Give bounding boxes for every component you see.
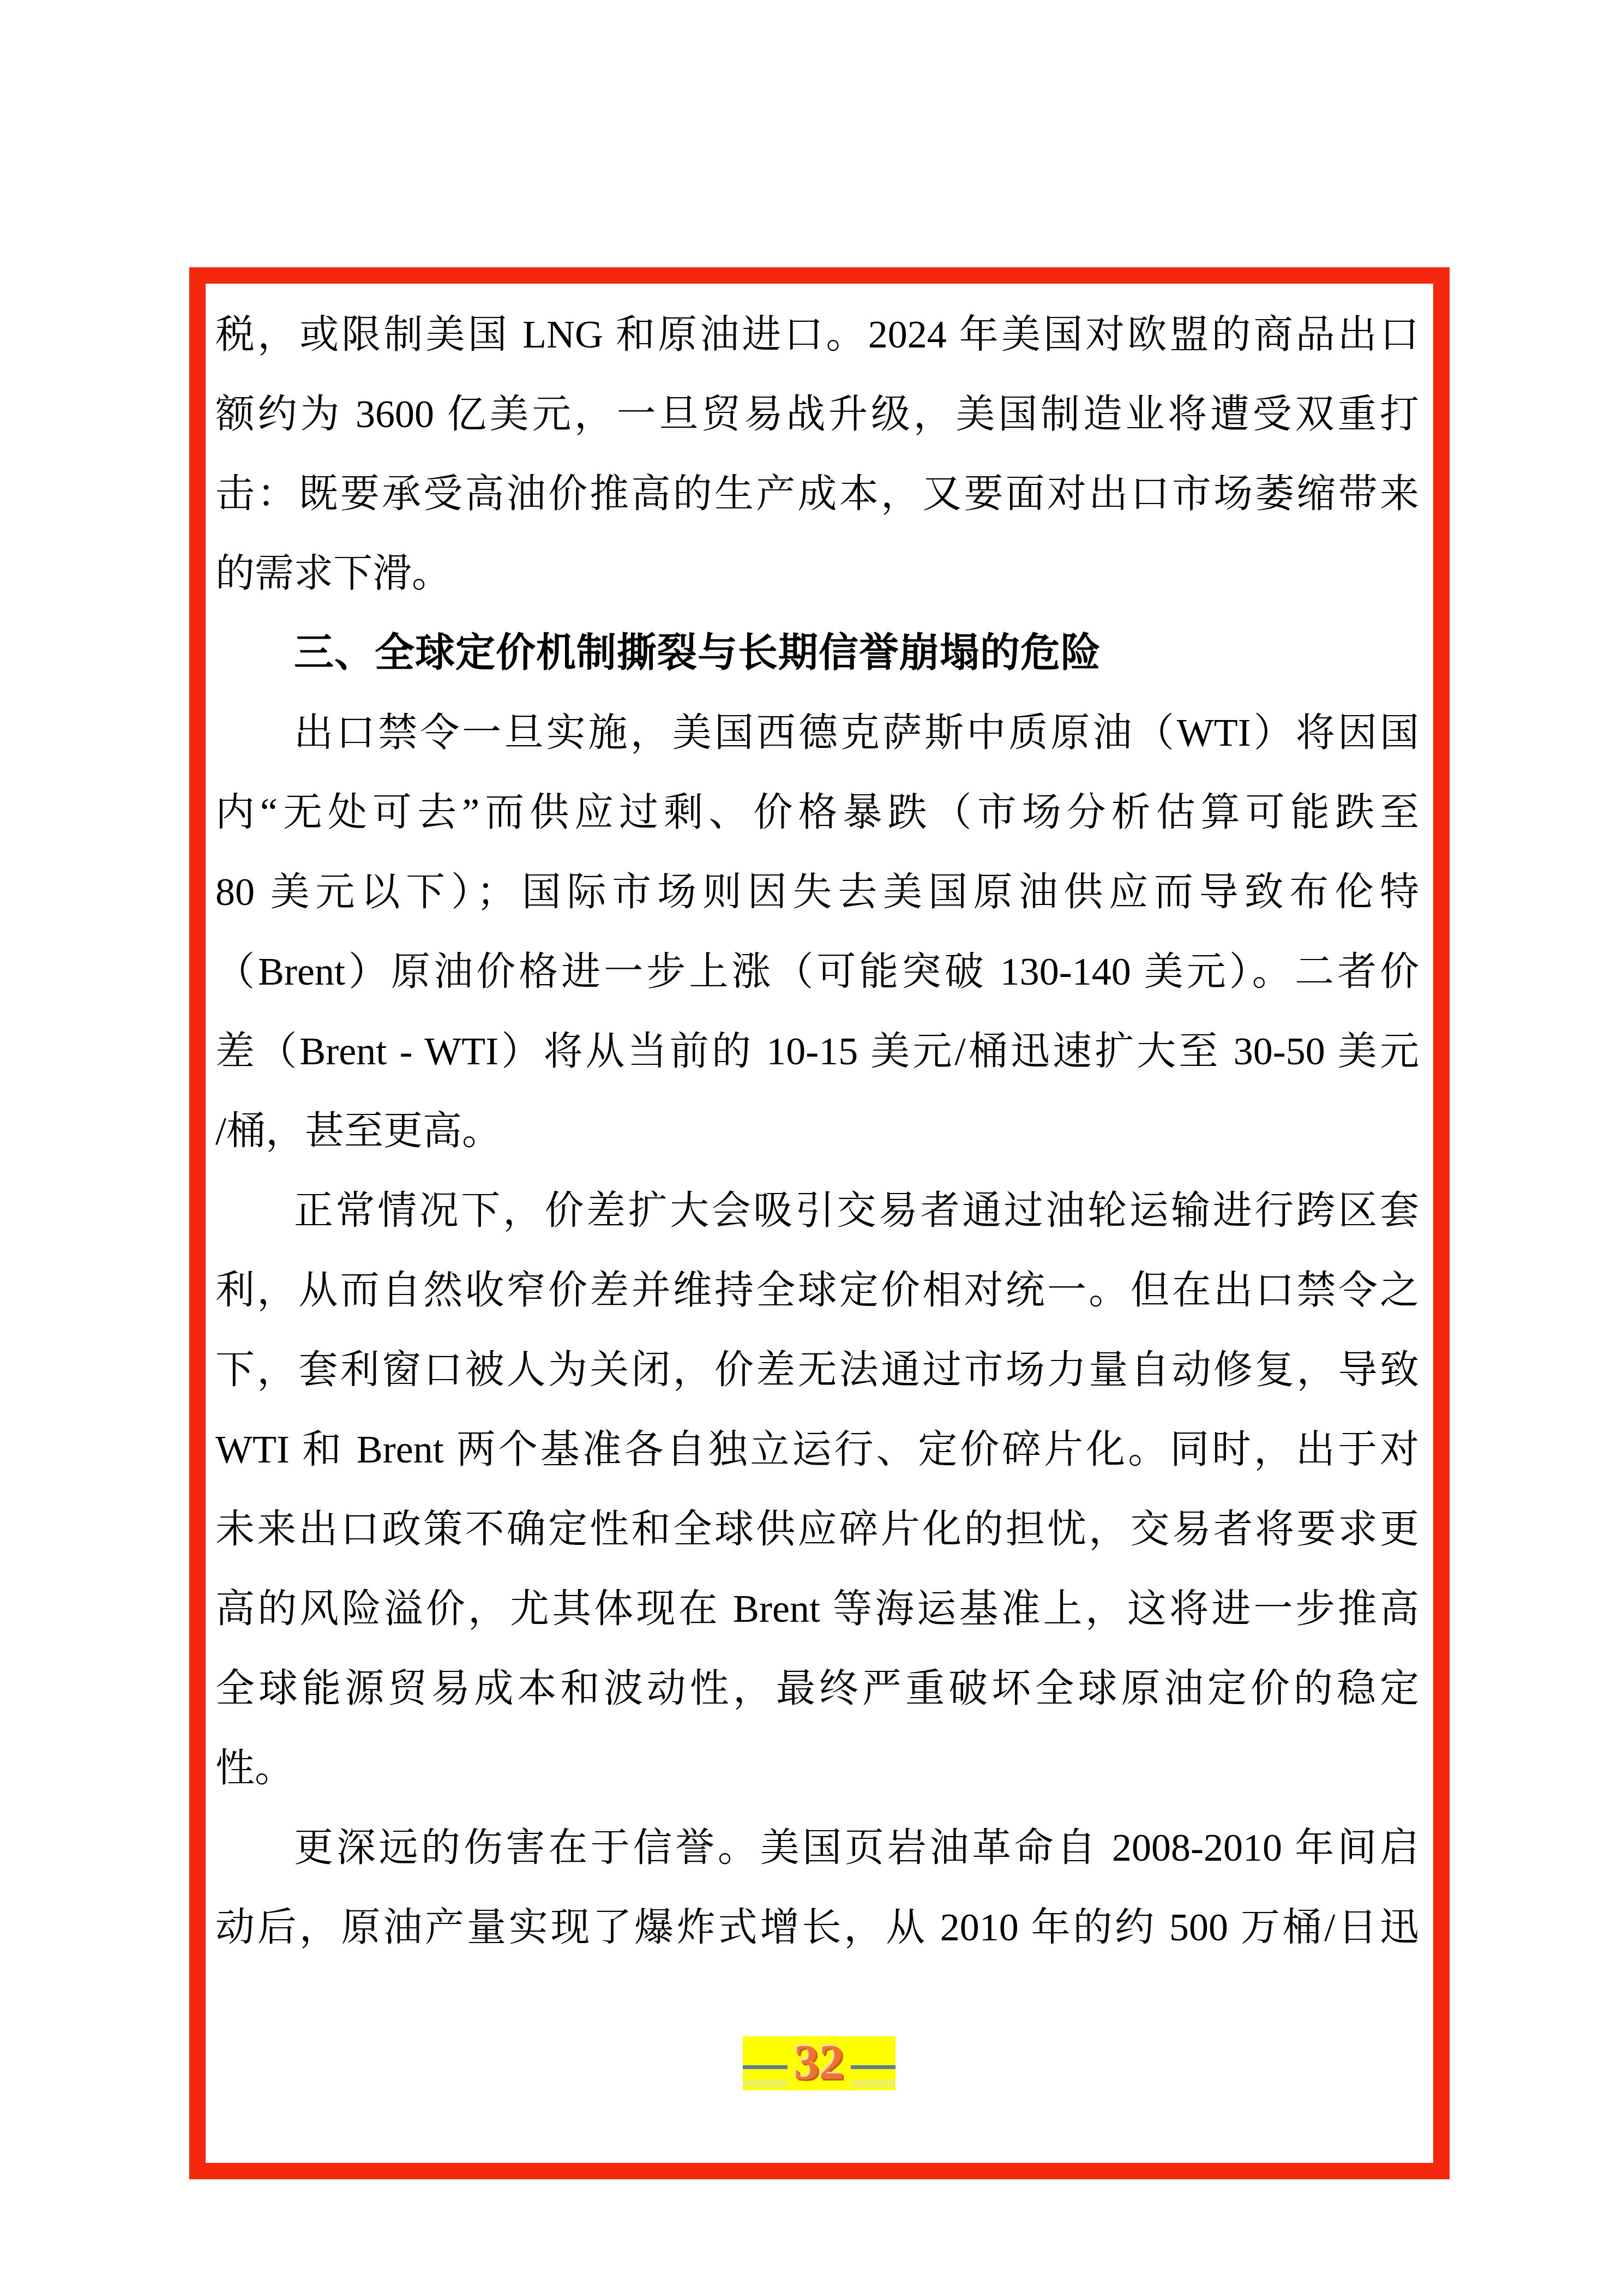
text-line: 内“无处可去”而供应过剩、价格暴跌（市场分析估算可能跌至 [215,772,1419,852]
text-line: 80 美元以下）；国际市场则因失去美国原油供应而导致布伦特 [215,852,1419,932]
section-heading: 三、全球定价机制撕裂与长期信誉崩塌的危险 [215,613,1419,693]
text-line: 的需求下滑。 [215,533,1419,613]
text-line: 税，或限制美国 LNG 和原油进口。2024 年美国对欧盟的商品出口 [215,295,1419,374]
page-border-frame: 税，或限制美国 LNG 和原油进口。2024 年美国对欧盟的商品出口额约为 36… [189,267,1450,2179]
footer-dash-left-shadow [743,2080,788,2087]
text-line: 差（Brent - WTI）将从当前的 10-15 美元/桶迅速扩大至 30-5… [215,1011,1419,1091]
text-area: 税，或限制美国 LNG 和原油进口。2024 年美国对欧盟的商品出口额约为 36… [215,295,1419,1967]
text-line: （Brent）原油价格进一步上涨（可能突破 130-140 美元）。二者价 [215,932,1419,1011]
text-line: 更深远的伤害在于信誉。美国页岩油革命自 2008-2010 年间启 [215,1808,1419,1887]
footer-dash-right [851,2065,895,2069]
text-line: 性。 [215,1728,1419,1808]
text-line: 击：既要承受高油价推高的生产成本，又要面对出口市场萎缩带来 [215,454,1419,533]
text-line: 动后，原油产量实现了爆炸式增长，从 2010 年的约 500 万桶/日迅 [215,1887,1419,1967]
text-line: /桶，甚至更高。 [215,1091,1419,1171]
text-line: 额约为 3600 亿美元，一旦贸易战升级，美国制造业将遭受双重打 [215,374,1419,454]
text-line: 下，套利窗口被人为关闭，价差无法通过市场力量自动修复，导致 [215,1330,1419,1410]
text-line: 高的风险溢价，尤其体现在 Brent 等海运基准上，这将进一步推高 [215,1569,1419,1648]
text-line: 出口禁令一旦实施，美国西德克萨斯中质原油（WTI）将因国 [215,693,1419,772]
page-number-footer: 32 [743,2036,895,2090]
text-line: 全球能源贸易成本和波动性，最终严重破坏全球原油定价的稳定 [215,1648,1419,1728]
document-page: { "page": { "width": 2976, "height": 420… [0,0,1623,2296]
footer-dash-left [743,2065,788,2069]
text-line: 利，从而自然收窄价差并维持全球定价相对统一。但在出口禁令之 [215,1250,1419,1330]
text-line: 正常情况下，价差扩大会吸引交易者通过油轮运输进行跨区套 [215,1171,1419,1250]
text-line: 未来出口政策不确定性和全球供应碎片化的担忧，交易者将要求更 [215,1489,1419,1569]
page-number: 32 [794,2035,844,2089]
text-line: WTI 和 Brent 两个基准各自独立运行、定价碎片化。同时，出于对 [215,1410,1419,1489]
footer-dash-right-shadow [851,2080,895,2087]
